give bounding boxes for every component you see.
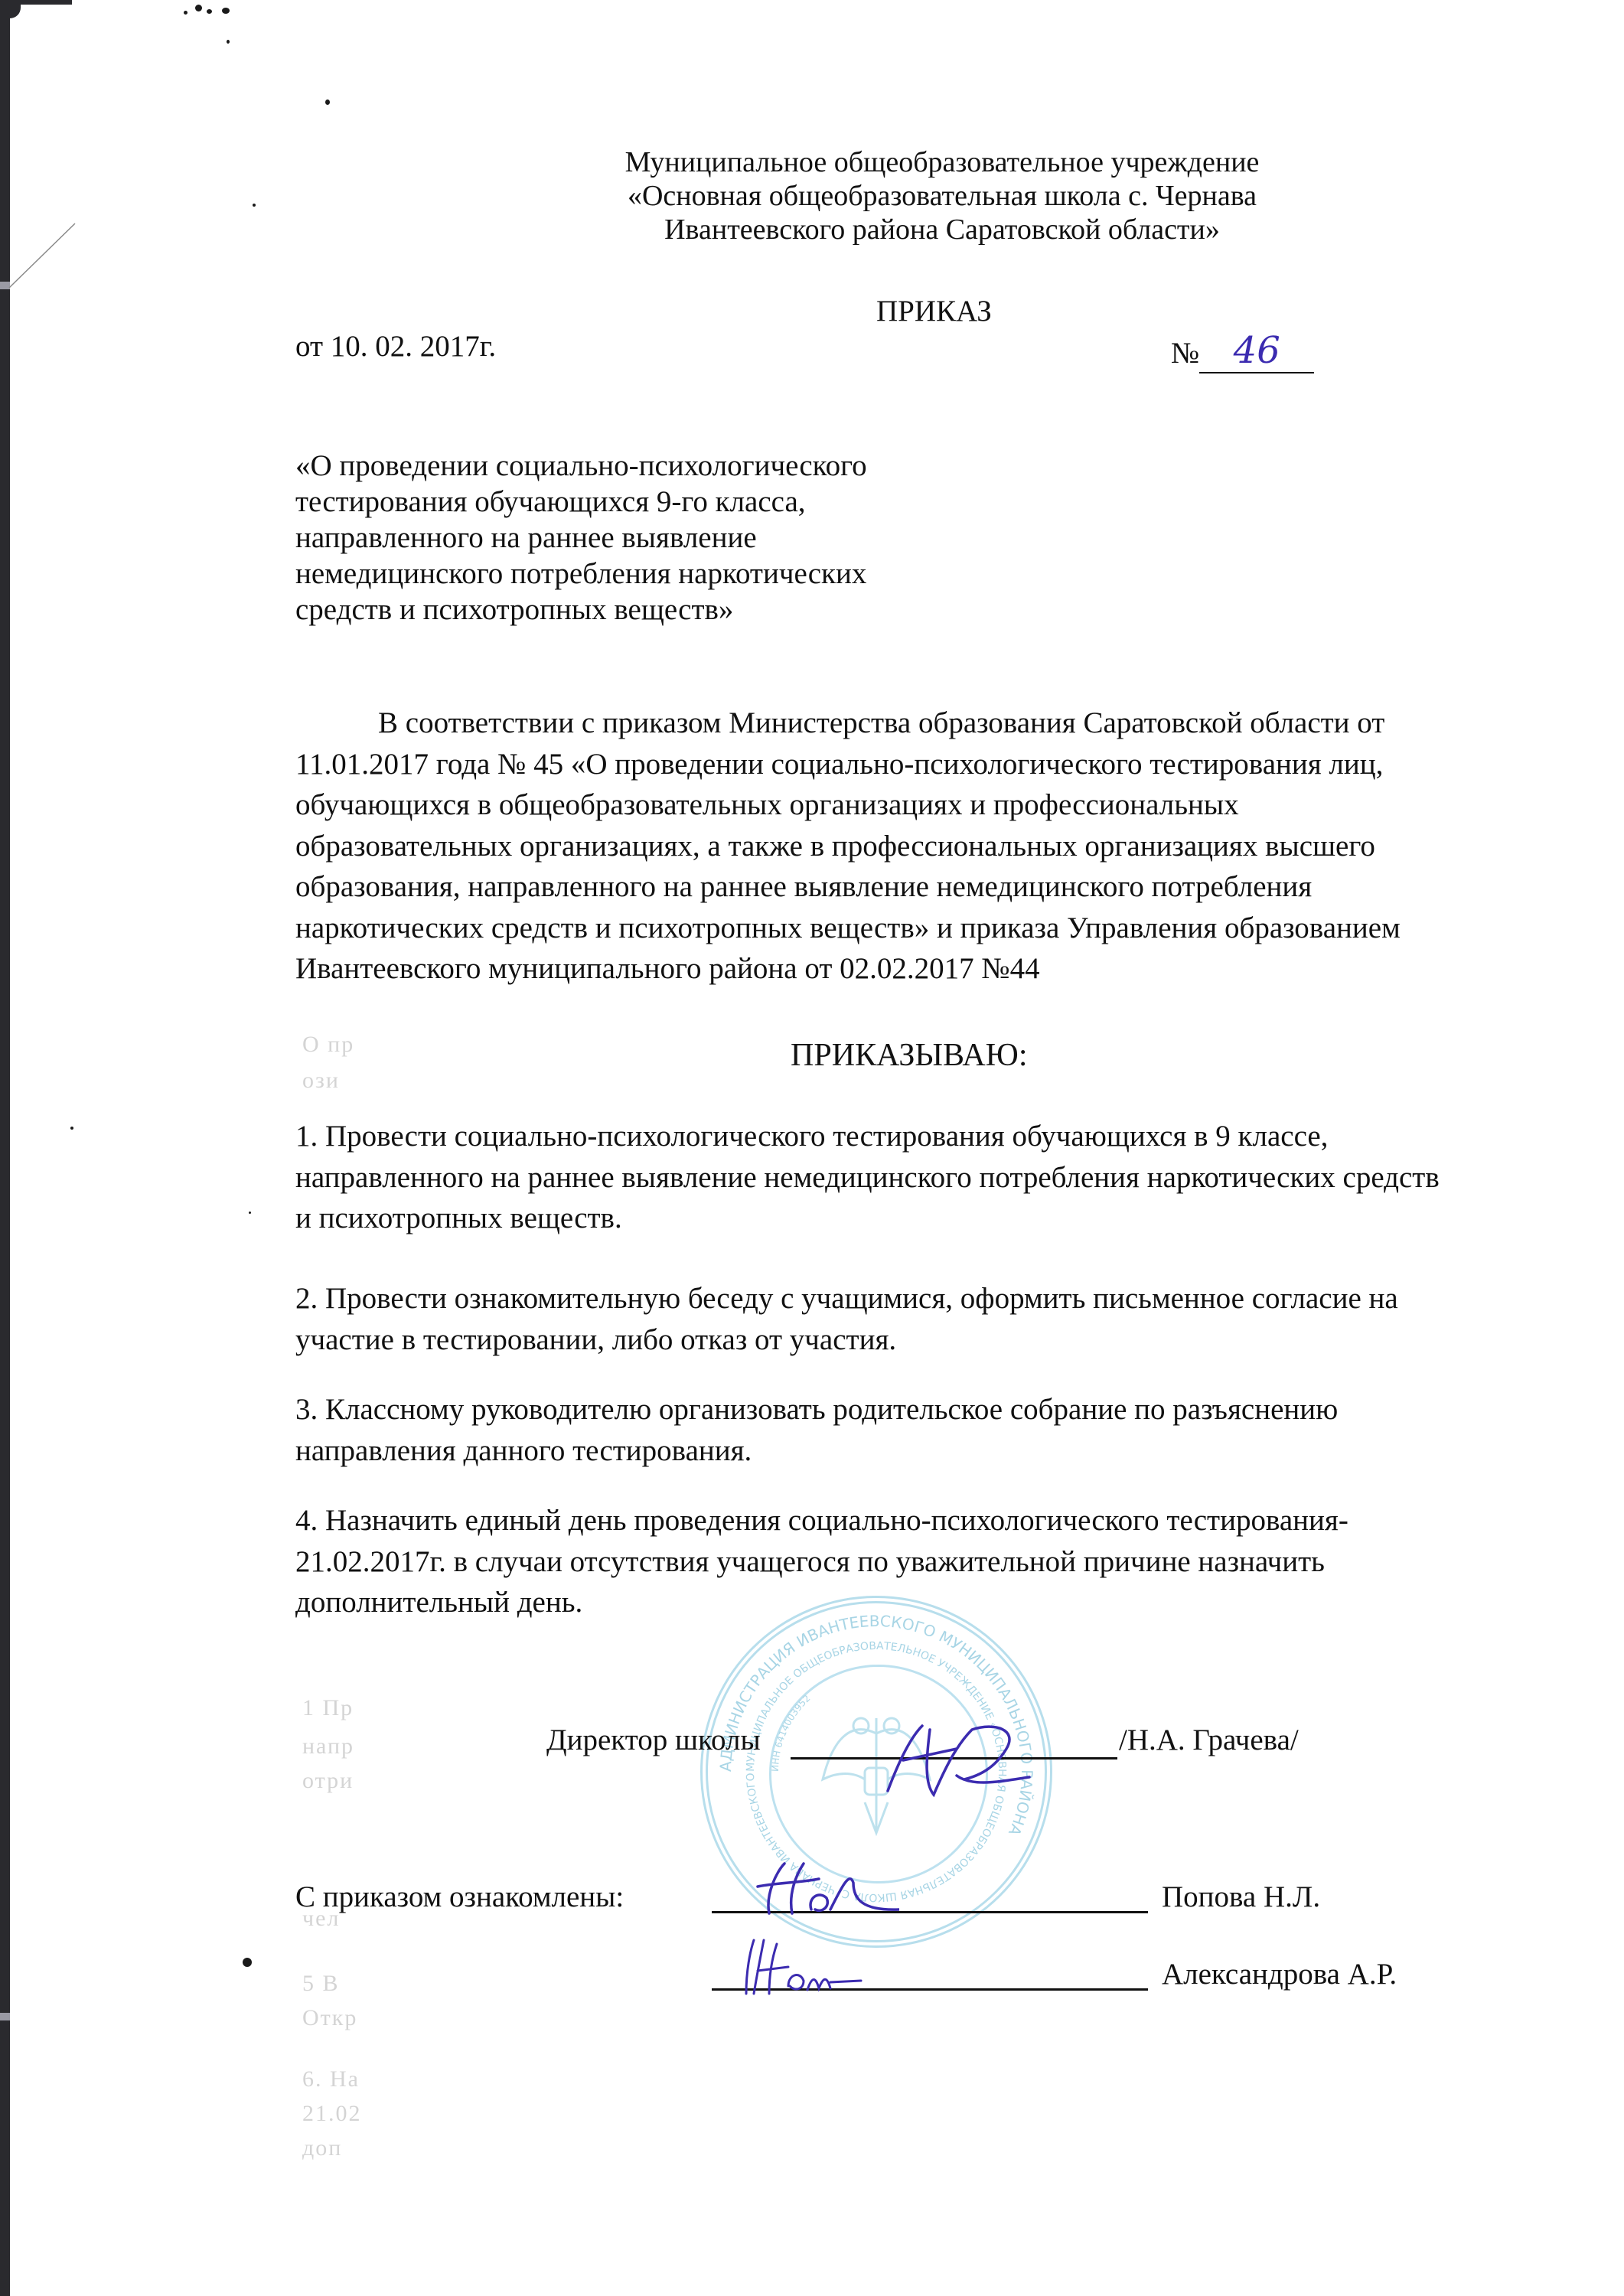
toner-speck [207, 9, 212, 14]
bleed-through: О пр [302, 1032, 354, 1058]
bleed-through: Откр [302, 2005, 357, 2031]
order-number-field: 46 [1199, 329, 1314, 373]
item-line: 21.02.2017г. в случаи отсутствия учащего… [295, 1541, 1551, 1583]
subject-line: тестирования обучающихся 9-го класса, [295, 484, 1551, 520]
item-line: 3. Классному руководителю организовать р… [295, 1389, 1551, 1430]
acknowledged-label: С приказом ознакомлены: [295, 1877, 624, 1918]
item-line: направления данного тестирования. [295, 1430, 1551, 1472]
decree-item-2: 2. Провести ознакомительную беседу с уча… [295, 1278, 1551, 1360]
director-name: /Н.А. Грачева/ [1119, 1720, 1299, 1761]
order-number-handwritten: 46 [1234, 329, 1280, 372]
toner-speck [249, 1212, 251, 1214]
preamble-line: обучающихся в общеобразовательных органи… [295, 784, 1551, 826]
director-label: Директор школы [546, 1720, 761, 1761]
preamble-line: 11.01.2017 года № 45 «О проведении социа… [295, 744, 1551, 785]
scan-edge-corner [10, 5, 21, 18]
bleed-through: 5 В [302, 1971, 340, 1997]
toner-speck [70, 1127, 73, 1130]
item-line: направленного на раннее выявление немеди… [295, 1157, 1551, 1199]
scan-edge [0, 0, 10, 2296]
preamble-line: В соответствии с приказом Министерства о… [295, 703, 1551, 744]
item-line: участие в тестировании, либо отказ от уч… [295, 1319, 1551, 1361]
decree-item-3: 3. Классному руководителю организовать р… [295, 1389, 1551, 1471]
preamble-line: наркотических средств и психотропных вещ… [295, 908, 1551, 949]
bleed-through: 6. На [302, 2066, 360, 2092]
bleed-through: 21.02 [302, 2101, 362, 2127]
scan-edge-stripe [0, 2013, 10, 2020]
director-signature [872, 1714, 1033, 1806]
bleed-through: ози [302, 1068, 340, 1094]
preamble: В соответствии с приказом Министерства о… [295, 703, 1551, 990]
institution-header: Муниципальное общеобразовательное учрежд… [0, 145, 1624, 246]
subject-line: средств и психотропных веществ» [295, 592, 1551, 628]
order-subject: «О проведении социально-психологического… [295, 448, 1551, 628]
toner-speck [243, 1958, 252, 1967]
bleed-through: напр [302, 1733, 354, 1760]
institution-line-1: Муниципальное общеобразовательное учрежд… [0, 145, 1624, 179]
toner-speck [325, 99, 330, 105]
acknowledged-name-1: Попова Н.Л. [1162, 1877, 1320, 1918]
preamble-line: образовательных организациях, а также в … [295, 826, 1551, 867]
item-line: и психотропных веществ. [295, 1198, 1551, 1239]
decree-heading: ПРИКАЗЫВАЮ: [791, 1037, 1028, 1074]
item-line: 4. Назначить единый день проведения соци… [295, 1500, 1551, 1541]
item-line: 1. Провести социально-психологического т… [295, 1116, 1551, 1157]
toner-speck [195, 5, 202, 11]
subject-line: направленного на раннее выявление [295, 520, 1551, 556]
toner-speck [222, 8, 230, 14]
decree-item-1: 1. Провести социально-психологического т… [295, 1116, 1551, 1239]
acknowledged-signature-2 [735, 1936, 865, 1998]
order-number: №46 [1171, 329, 1314, 373]
item-line: 2. Провести ознакомительную беседу с уча… [295, 1278, 1551, 1319]
order-title: ПРИКАЗ [876, 294, 992, 328]
toner-speck [227, 40, 230, 44]
preamble-line: образования, направленного на раннее выя… [295, 866, 1551, 908]
acknowledged-name-2: Александрова А.Р. [1162, 1954, 1397, 1995]
institution-line-3: Ивантеевского района Саратовской области… [0, 213, 1624, 246]
subject-line: немедицинского потребления наркотических [295, 556, 1551, 592]
bleed-through: отри [302, 1768, 354, 1794]
preamble-line: Ивантеевского муниципального района от 0… [295, 948, 1551, 990]
number-sign: № [1171, 337, 1199, 370]
bleed-through: 1 Пр [302, 1695, 354, 1721]
acknowledged-signature-1 [746, 1856, 899, 1921]
subject-line: «О проведении социально-психологического [295, 448, 1551, 484]
order-date: от 10. 02. 2017г. [295, 329, 496, 364]
bleed-through: доп [302, 2135, 342, 2161]
institution-line-2: «Основная общеобразовательная школа с. Ч… [0, 179, 1624, 213]
toner-speck [184, 11, 188, 15]
